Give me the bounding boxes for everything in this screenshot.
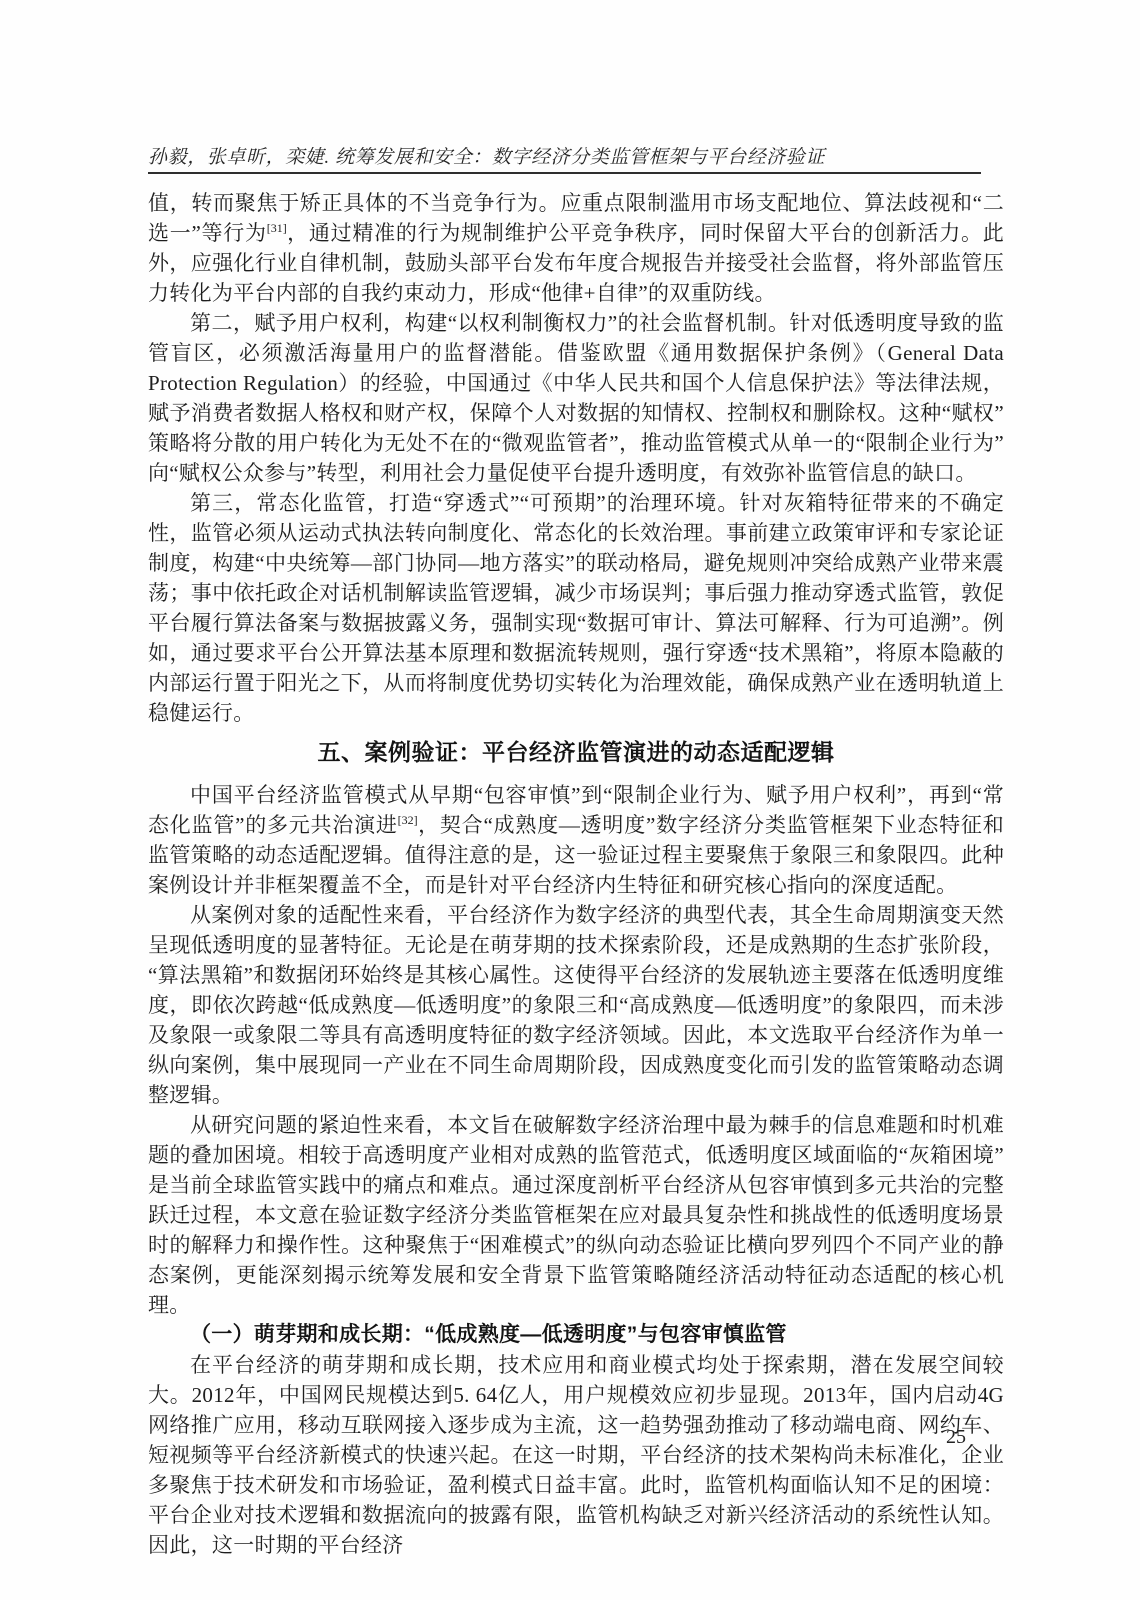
paragraph-competition-carryover: 值，转而聚焦于矫正具体的不当竞争行为。应重点限制滥用市场支配地位、算法歧视和“二… <box>148 188 1004 308</box>
running-header-title: 孙毅，张卓昕，栾婕. 统筹发展和安全：数字经济分类监管框架与平台经济验证 <box>148 147 825 168</box>
section-heading-case-validation: 五、案例验证：平台经济监管演进的动态适配逻辑 <box>148 736 1004 768</box>
header-rule <box>148 172 981 174</box>
paragraph-case-intro: 中国平台经济监管模式从早期“包容审慎”到“限制企业行为、赋予用户权利”，再到“常… <box>148 780 1004 900</box>
journal-page: 孙毅，张卓昕，栾婕. 统筹发展和安全：数字经济分类监管框架与平台经济验证 值，转… <box>0 0 1140 1600</box>
paragraph-research-urgency: 从研究问题的紧迫性来看，本文旨在破解数字经济治理中最为棘手的信息难题和时机难题的… <box>148 1110 1004 1320</box>
paragraph-normalized-regulation: 第三，常态化监管，打造“穿透式”“可预期”的治理环境。针对灰箱特征带来的不确定性… <box>148 488 1004 728</box>
article-body: 值，转而聚焦于矫正具体的不当竞争行为。应重点限制滥用市场支配地位、算法歧视和“二… <box>148 188 1004 1560</box>
paragraph-case-object-fit: 从案例对象的适配性来看，平台经济作为数字经济的典型代表，其全生命周期演变天然呈现… <box>148 900 1004 1110</box>
paragraph-sprout-growth-period: 在平台经济的萌芽期和成长期，技术应用和商业模式均处于探索期，潜在发展空间较大。2… <box>148 1350 1004 1560</box>
running-header: 孙毅，张卓昕，栾婕. 统筹发展和安全：数字经济分类监管框架与平台经济验证 <box>148 142 1004 169</box>
paragraph-user-rights: 第二，赋予用户权利，构建“以权利制衡权力”的社会监督机制。针对低透明度导致的监管… <box>148 308 1004 488</box>
citation-ref-32: [32] <box>398 813 418 827</box>
citation-ref-31: [31] <box>267 221 287 235</box>
subsection-heading-sprout-period: （一）萌芽期和成长期：“低成熟度—低透明度”与包容审慎监管 <box>148 1320 1004 1350</box>
page-number: 25 <box>148 1426 966 1449</box>
